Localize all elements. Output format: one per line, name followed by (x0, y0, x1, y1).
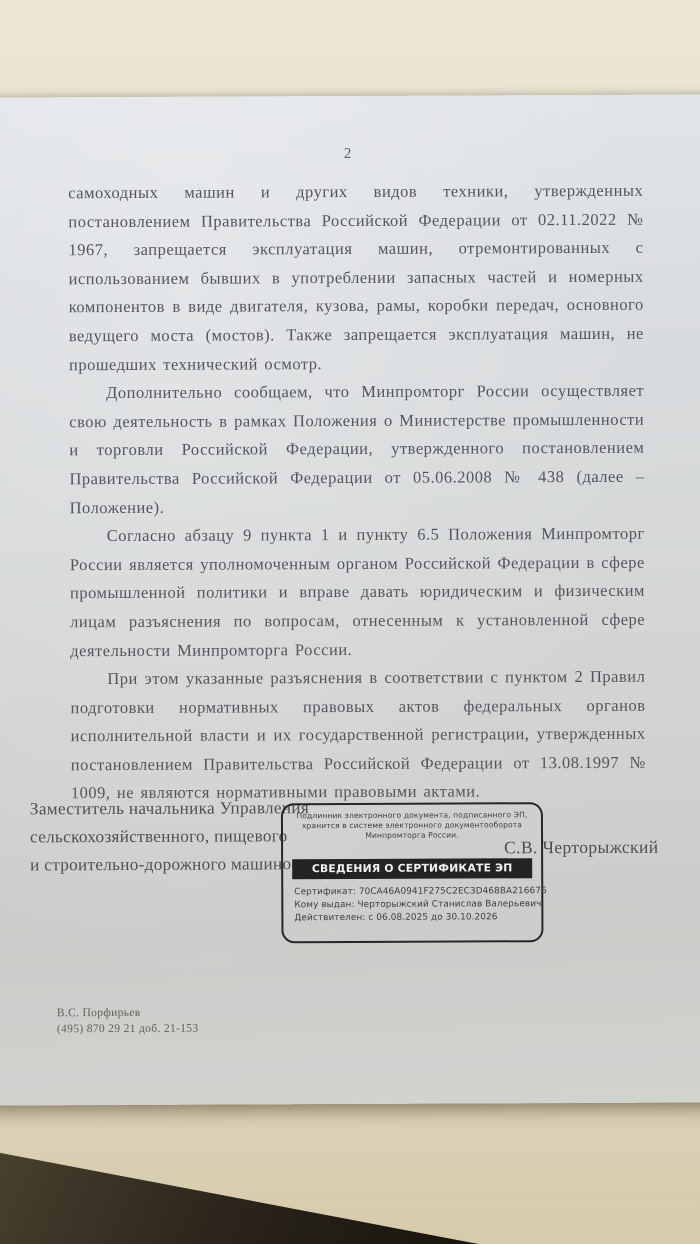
executor-phone: (495) 870 29 21 доб. 21-153 (57, 1020, 199, 1036)
paragraph-not-normative-acts: При этом указанные разъяснения в соответ… (70, 663, 646, 808)
document-page: 2 самоходных машин и других видов техник… (0, 94, 700, 1105)
stamp-note-line: Минпромторга России. (283, 831, 541, 842)
stamp-certificate-details: Сертификат: 70CA46A0941F275C2EC3D468BA21… (294, 885, 535, 925)
photographed-letter: 2 самоходных машин и других видов техник… (0, 0, 700, 1244)
electronic-signature-stamp: Подлинник электронного документа, подпис… (281, 802, 544, 943)
stamp-certificate-band-title: СВЕДЕНИЯ О СЕРТИФИКАТЕ ЭП (292, 858, 532, 879)
paragraph-machines-ban: самоходных машин и других видов техники,… (68, 177, 644, 380)
stamp-original-note: Подлинник электронного документа, подпис… (283, 810, 541, 842)
stamp-validity-period: Действителен: с 06.08.2025 до 30.10.2026 (294, 911, 535, 925)
letter-body: самоходных машин и других видов техники,… (68, 177, 646, 809)
executor-contact: В.С. Порфирьев (495) 870 29 21 доб. 21-1… (57, 1005, 199, 1037)
stamp-certificate-number: Сертификат: 70CA46A0941F275C2EC3D468BA21… (294, 885, 535, 899)
page-number: 2 (0, 144, 700, 164)
paragraph-authorized-body: Согласно абзацу 9 пункта 1 и пункту 6.5 … (70, 520, 646, 665)
stamp-note-line: хранится в системе электронного документ… (283, 820, 541, 831)
stamp-issued-to: Кому выдан: Черторыжский Станислав Валер… (294, 898, 535, 912)
paragraph-minpromtorg-activity: Дополнительно сообщаем, что Минпромторг … (69, 377, 645, 522)
floor-shadow-area (0, 1138, 520, 1244)
executor-name: В.С. Порфирьев (57, 1005, 199, 1021)
